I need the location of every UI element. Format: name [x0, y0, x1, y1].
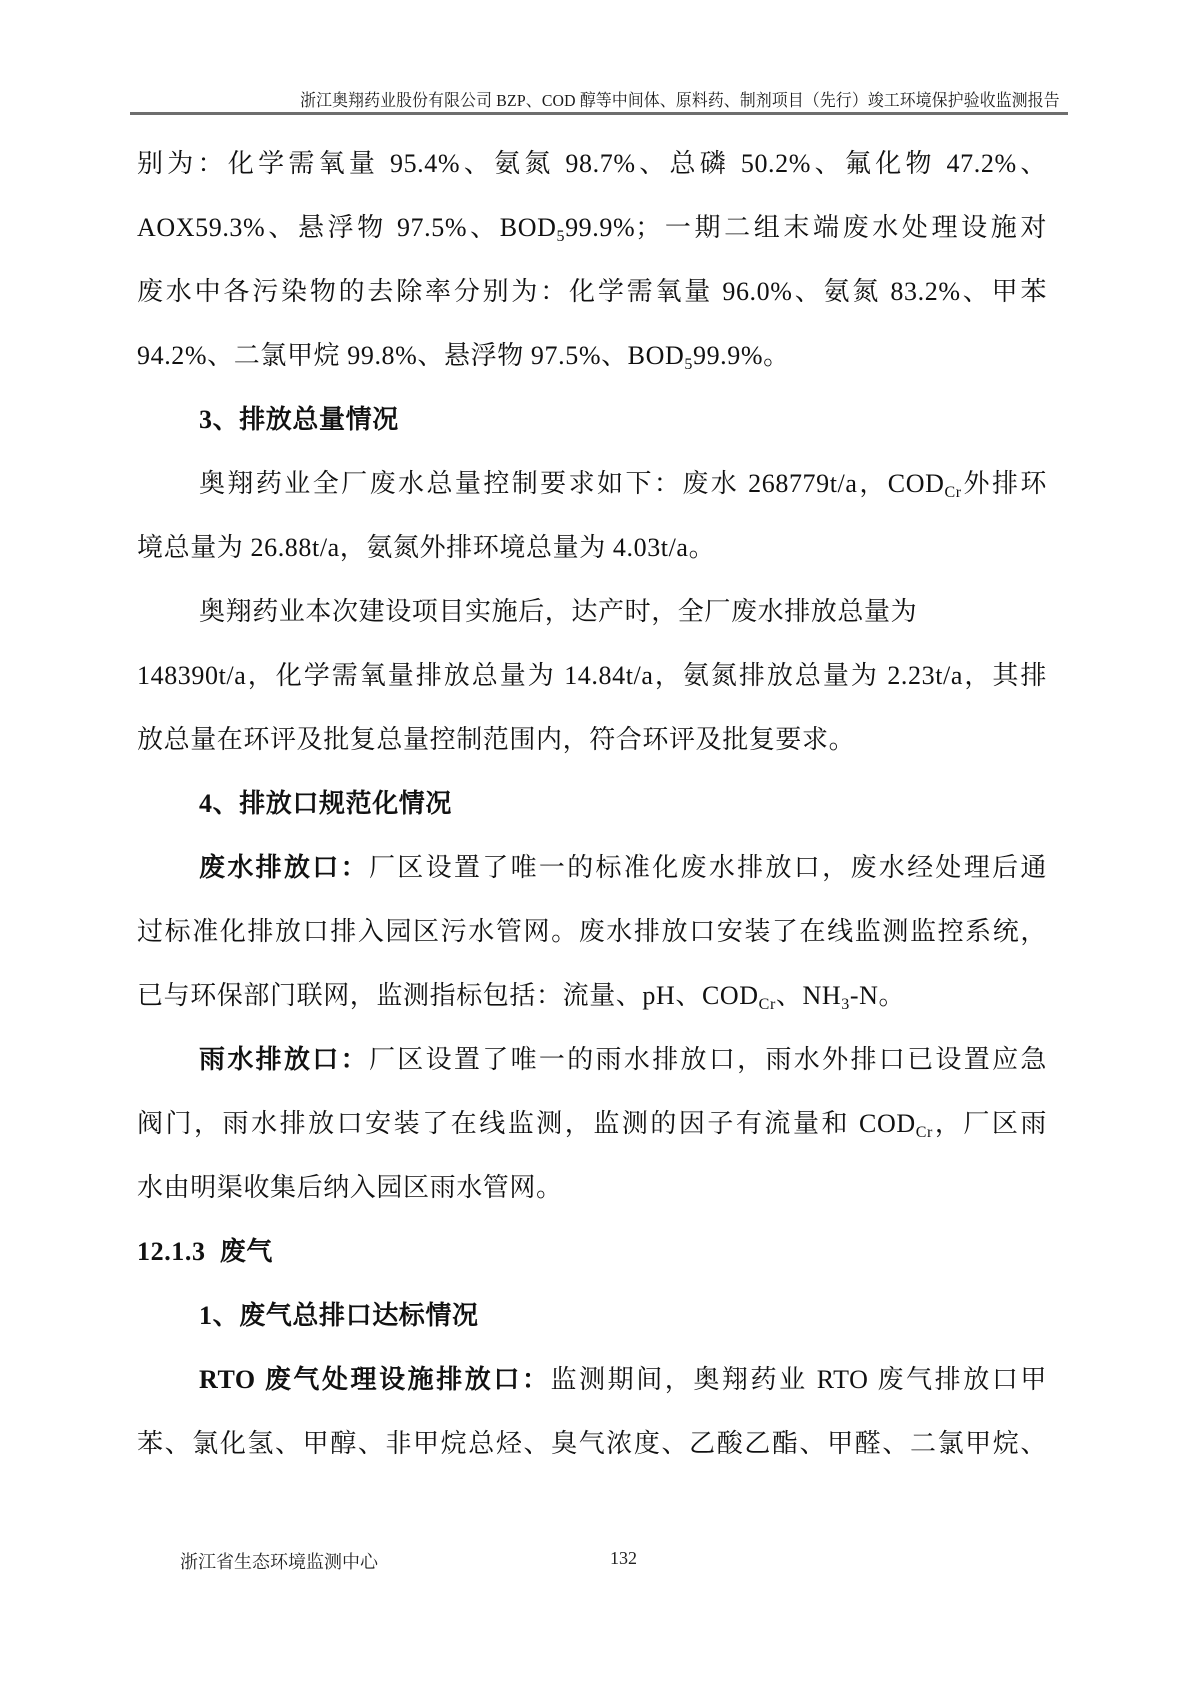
- text-segment: AOX59.3%、悬浮物 97.5%、BOD: [137, 213, 556, 242]
- rainwater-outlet-label: 雨水排放口：: [199, 1045, 369, 1074]
- rto-outlet-label: RTO 废气处理设施排放口：: [199, 1365, 551, 1394]
- text-segment: 99.9%。: [693, 341, 790, 370]
- text-line: 境总量为 26.88t/a，氨氮外排环境总量为 4.03t/a。: [137, 526, 1047, 590]
- header-divider: [130, 112, 1068, 115]
- report-title-header: 浙江奥翔药业股份有限公司 BZP、COD 醇等中间体、原料药、制剂项目（先行）竣…: [300, 86, 1060, 111]
- text-line: 放总量在环评及批复总量控制范围内，符合环评及批复要求。: [137, 718, 1047, 782]
- text-segment: 厂区设置了唯一的标准化废水排放口，废水经处理后通: [369, 853, 1047, 882]
- text-segment: 、NH: [776, 981, 841, 1010]
- subsection-heading: 1、废气总排口达标情况: [137, 1294, 1047, 1358]
- text-segment: 境总量为 26.88t/a，氨氮外排环境总量为 4.03t/a。: [137, 533, 715, 562]
- text-line: 苯、氯化氢、甲醇、非甲烷总烃、臭气浓度、乙酸乙酯、甲醛、二氯甲烷、: [137, 1422, 1047, 1486]
- page-body: 别为：化学需氧量 95.4%、氨氮 98.7%、总磷 50.2%、氟化物 47.…: [137, 142, 1047, 1486]
- text-line: 过标准化排放口排入园区污水管网。废水排放口安装了在线监测监控系统，: [137, 910, 1047, 974]
- text-segment: 苯、氯化氢、甲醇、非甲烷总烃、臭气浓度、乙酸乙酯、甲醛、二氯甲烷、: [137, 1429, 1047, 1458]
- page-footer: 浙江省生态环境监测中心 132: [180, 1548, 680, 1578]
- text-segment: 99.9%；一期二组末端废水处理设施对: [565, 213, 1047, 242]
- text-segment: 水由明渠收集后纳入园区雨水管网。: [137, 1173, 563, 1202]
- page-number: 132: [610, 1548, 637, 1569]
- text-line: 奥翔药业全厂废水总量控制要求如下：废水 268779t/a，CODCr外排环: [137, 462, 1047, 526]
- text-segment: 奥翔药业全厂废水总量控制要求如下：废水 268779t/a，COD: [199, 469, 944, 498]
- footer-organization: 浙江省生态环境监测中心: [180, 1548, 378, 1574]
- text-line: 水由明渠收集后纳入园区雨水管网。: [137, 1166, 1047, 1230]
- text-segment: 厂区设置了唯一的雨水排放口，雨水外排口已设置应急: [369, 1045, 1047, 1074]
- text-segment: 别为：化学需氧量 95.4%、氨氮 98.7%、总磷 50.2%、氟化物 47.…: [137, 149, 1047, 178]
- wastewater-outlet-label: 废水排放口：: [199, 853, 369, 882]
- text-segment: ，厂区雨: [933, 1109, 1047, 1138]
- subscript: Cr: [944, 484, 961, 501]
- text-segment: 过标准化排放口排入园区污水管网。废水排放口安装了在线监测监控系统，: [137, 917, 1047, 946]
- text-line: 奥翔药业本次建设项目实施后，达产时，全厂废水排放总量为: [137, 590, 1047, 654]
- text-segment: 废水中各污染物的去除率分别为：化学需氧量 96.0%、氨氮 83.2%、甲苯: [137, 277, 1047, 306]
- text-segment: 奥翔药业本次建设项目实施后，达产时，全厂废水排放总量为: [199, 597, 917, 626]
- text-line: 废水排放口：厂区设置了唯一的标准化废水排放口，废水经处理后通: [137, 846, 1047, 910]
- subscript: Cr: [916, 1124, 933, 1141]
- text-line: 阀门，雨水排放口安装了在线监测，监测的因子有流量和 CODCr，厂区雨: [137, 1102, 1047, 1166]
- text-line: 已与环保部门联网，监测指标包括：流量、pH、CODCr、NH3-N。: [137, 974, 1047, 1038]
- text-segment: 已与环保部门联网，监测指标包括：流量、pH、COD: [137, 981, 759, 1010]
- text-line: 雨水排放口：厂区设置了唯一的雨水排放口，雨水外排口已设置应急: [137, 1038, 1047, 1102]
- section-heading: 3、排放总量情况: [137, 398, 1047, 462]
- page-header: 浙江奥翔药业股份有限公司 BZP、COD 醇等中间体、原料药、制剂项目（先行）竣…: [130, 82, 1068, 112]
- text-segment: -N。: [850, 981, 905, 1010]
- text-line: AOX59.3%、悬浮物 97.5%、BOD599.9%；一期二组末端废水处理设…: [137, 206, 1047, 270]
- text-line: 94.2%、二氯甲烷 99.8%、悬浮物 97.5%、BOD599.9%。: [137, 334, 1047, 398]
- subscript: 3: [841, 996, 850, 1013]
- subscript: 5: [684, 356, 693, 373]
- section-heading: 12.1.3 废气: [137, 1230, 1047, 1294]
- subscript: 5: [556, 228, 565, 245]
- text-segment: 监测期间，奥翔药业 RTO 废气排放口甲: [551, 1365, 1047, 1394]
- text-segment: 148390t/a，化学需氧量排放总量为 14.84t/a，氨氮排放总量为 2.…: [137, 661, 1047, 690]
- text-line: 废水中各污染物的去除率分别为：化学需氧量 96.0%、氨氮 83.2%、甲苯: [137, 270, 1047, 334]
- subscript: Cr: [759, 996, 776, 1013]
- text-line: RTO 废气处理设施排放口：监测期间，奥翔药业 RTO 废气排放口甲: [137, 1358, 1047, 1422]
- text-segment: 阀门，雨水排放口安装了在线监测，监测的因子有流量和 COD: [137, 1109, 916, 1138]
- text-line: 148390t/a，化学需氧量排放总量为 14.84t/a，氨氮排放总量为 2.…: [137, 654, 1047, 718]
- text-line: 别为：化学需氧量 95.4%、氨氮 98.7%、总磷 50.2%、氟化物 47.…: [137, 142, 1047, 206]
- text-segment: 94.2%、二氯甲烷 99.8%、悬浮物 97.5%、BOD: [137, 341, 684, 370]
- section-heading: 4、排放口规范化情况: [137, 782, 1047, 846]
- text-segment: 外排环: [962, 469, 1047, 498]
- text-segment: 放总量在环评及批复总量控制范围内，符合环评及批复要求。: [137, 725, 855, 754]
